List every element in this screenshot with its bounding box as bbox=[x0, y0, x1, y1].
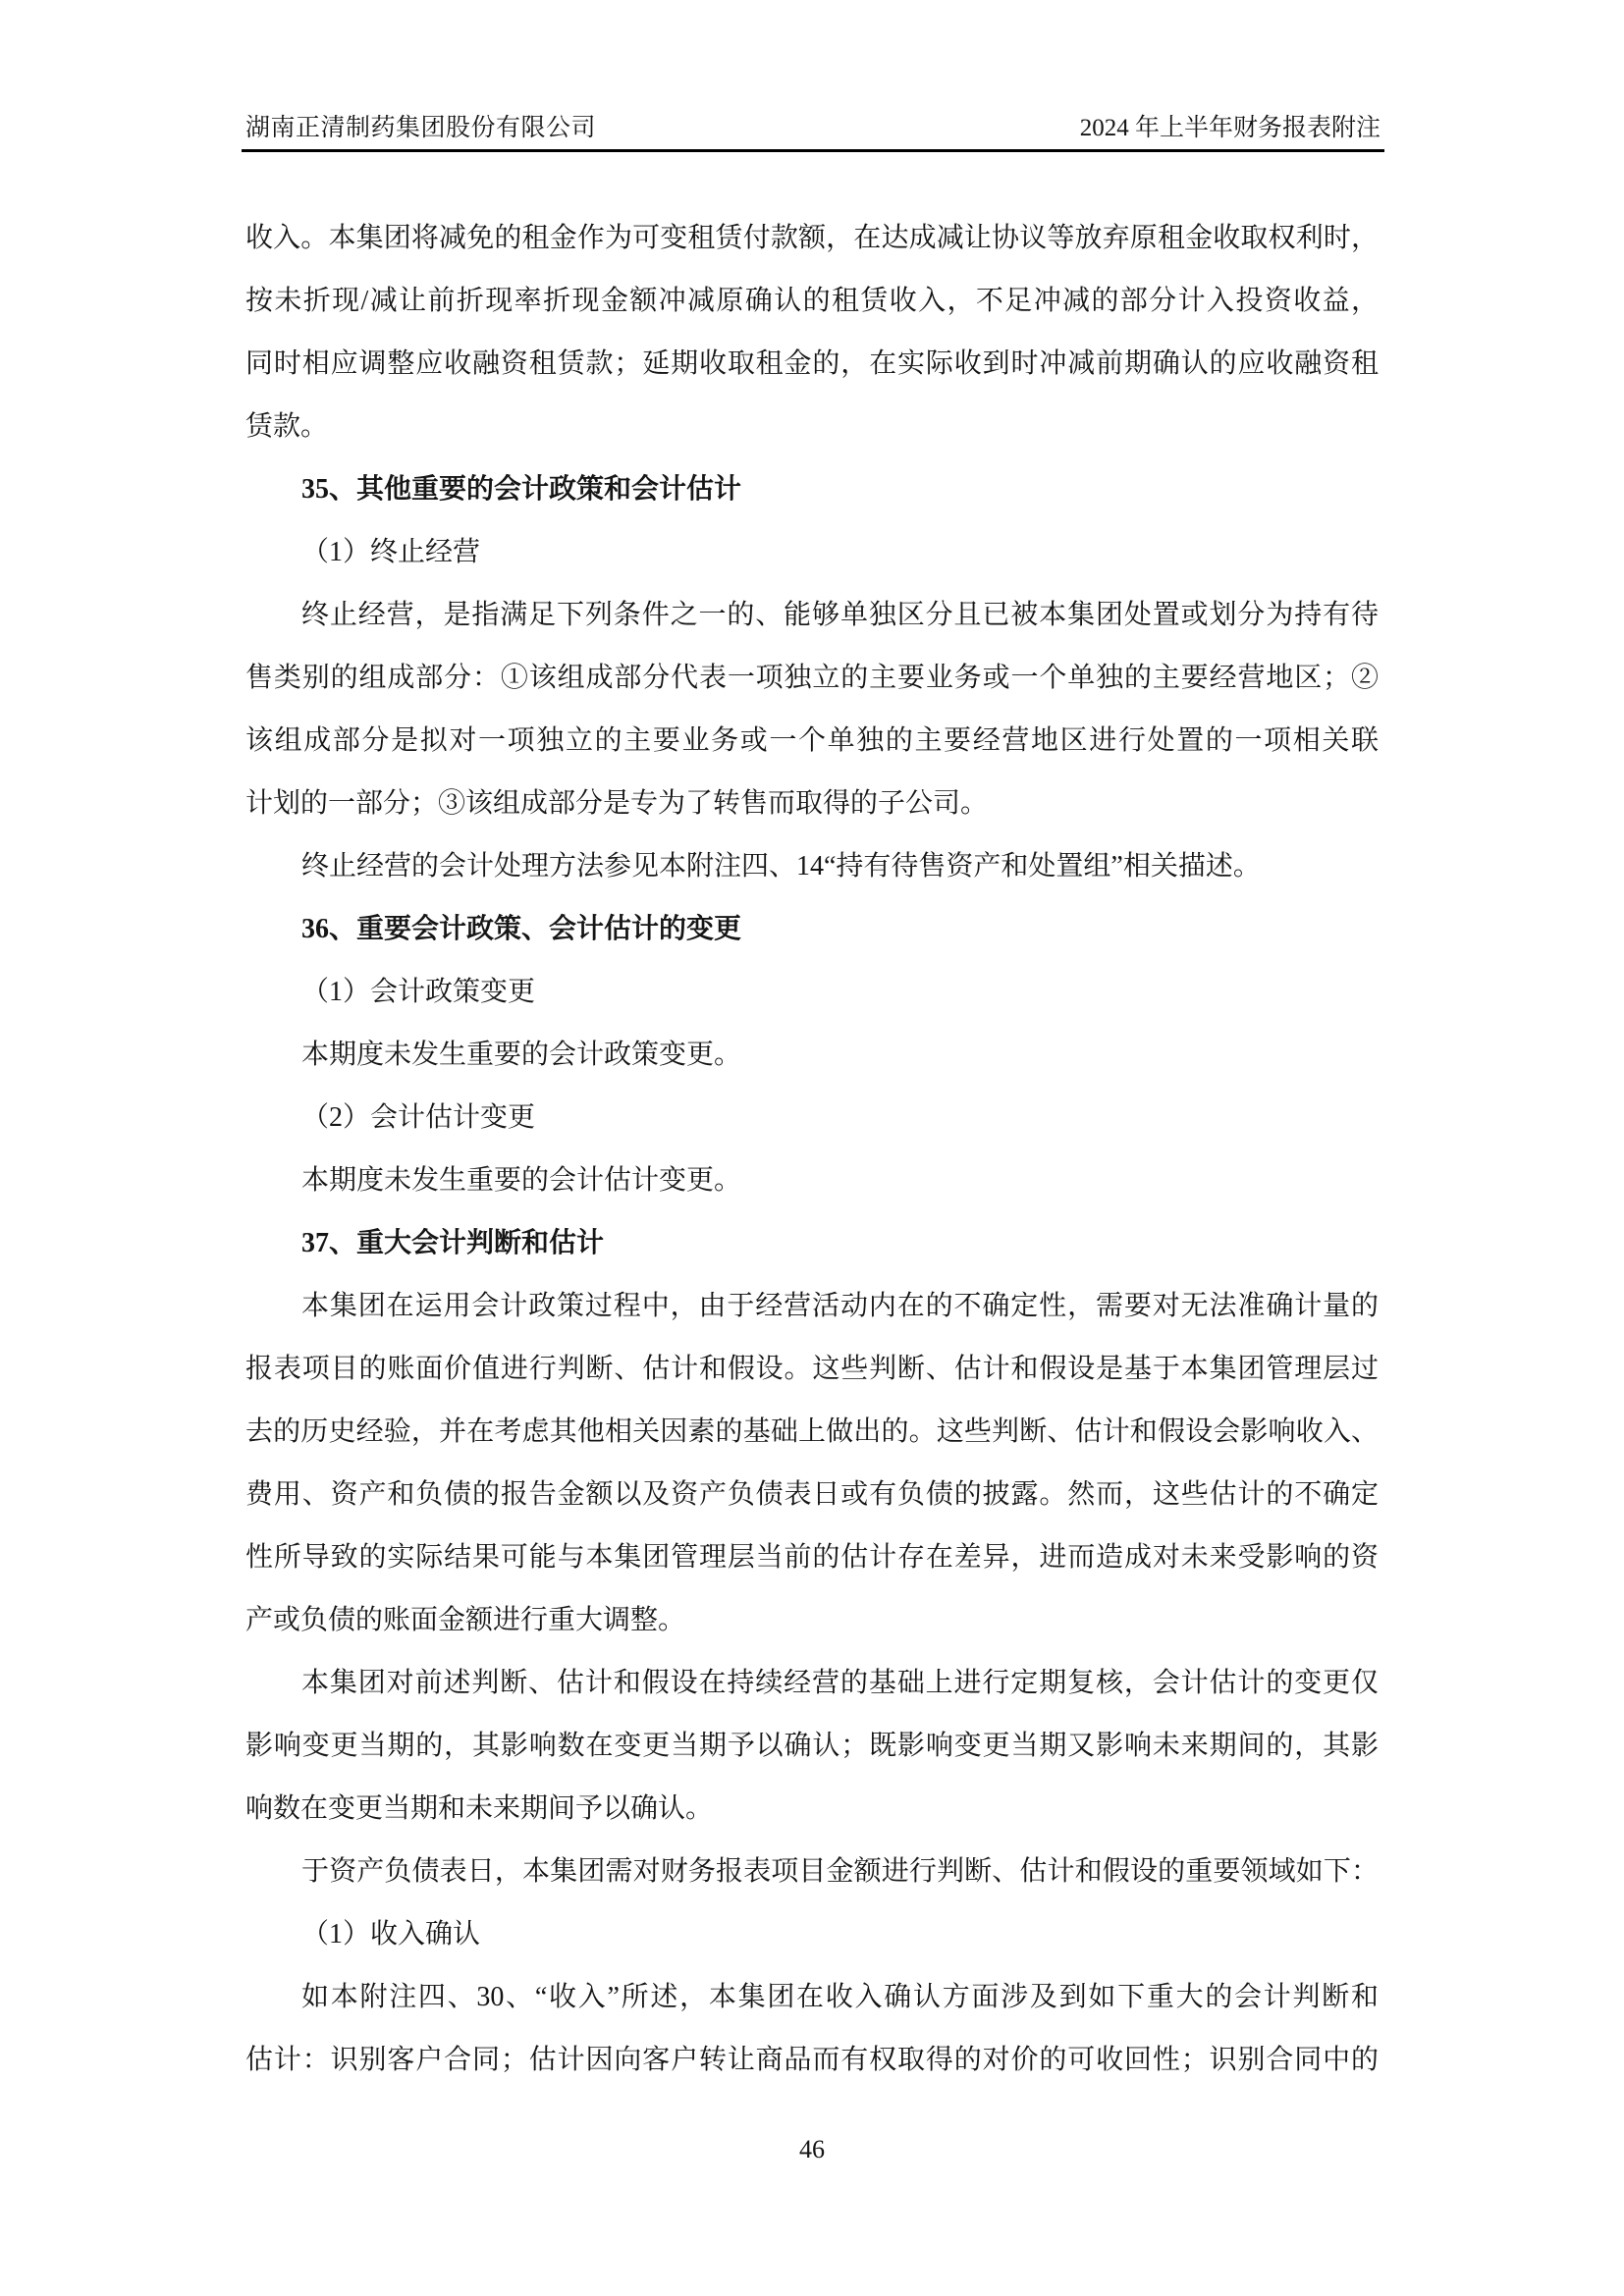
paragraph-discontinued-line-4: 计划的一部分；③该组成部分是专为了转售而取得的子公司。 bbox=[245, 773, 1379, 835]
subsection-discontinued-operations-label: （1）终止经营 bbox=[245, 521, 1379, 584]
document-body: 收入。本集团将减免的租金作为可变租赁付款额，在达成减让协议等放弃原租金收取权利时… bbox=[245, 207, 1379, 2092]
paragraph-revenue-line-2: 估计：识别客户合同；估计因向客户转让商品而有权取得的对价的可收回性；识别合同中的 bbox=[245, 2029, 1379, 2092]
page-number: 46 bbox=[0, 2122, 1624, 2177]
section-heading-35: 35、其他重要的会计政策和会计估计 bbox=[245, 458, 1379, 521]
paragraph-judgement-line-6: 产或负债的账面金额进行重大调整。 bbox=[245, 1589, 1379, 1652]
paragraph-judgement-line-1: 本集团在运用会计政策过程中，由于经营活动内在的不确定性，需要对无法准确计量的 bbox=[245, 1275, 1379, 1338]
paragraph-discontinued-reference: 终止经营的会计处理方法参见本附注四、14“持有待售资产和处置组”相关描述。 bbox=[245, 835, 1379, 898]
paragraph-discontinued-line-1: 终止经营，是指满足下列条件之一的、能够单独区分且已被本集团处置或划分为持有待 bbox=[245, 584, 1379, 647]
paragraph-review-line-3: 响数在变更当期和未来期间予以确认。 bbox=[245, 1778, 1379, 1841]
header-rule bbox=[242, 149, 1384, 152]
paragraph-judgement-line-3: 去的历史经验，并在考虑其他相关因素的基础上做出的。这些判断、估计和假设会影响收入… bbox=[245, 1401, 1379, 1464]
header-company-name: 湖南正清制药集团股份有限公司 bbox=[245, 110, 596, 147]
section-heading-37: 37、重大会计判断和估计 bbox=[245, 1212, 1379, 1275]
paragraph-balance-sheet-date: 于资产负债表日，本集团需对财务报表项目金额进行判断、估计和假设的重要领域如下： bbox=[245, 1841, 1379, 1903]
paragraph-review-line-1: 本集团对前述判断、估计和假设在持续经营的基础上进行定期复核，会计估计的变更仅 bbox=[245, 1652, 1379, 1715]
paragraph-estimate-change: 本期度未发生重要的会计估计变更。 bbox=[245, 1149, 1379, 1212]
paragraph-discontinued-line-3: 该组成部分是拟对一项独立的主要业务或一个单独的主要经营地区进行处置的一项相关联 bbox=[245, 710, 1379, 773]
paragraph-judgement-line-5: 性所导致的实际结果可能与本集团管理层当前的估计存在差异，进而造成对未来受影响的资 bbox=[245, 1526, 1379, 1589]
paragraph-judgement-line-2: 报表项目的账面价值进行判断、估计和假设。这些判断、估计和假设是基于本集团管理层过 bbox=[245, 1338, 1379, 1401]
header-doc-title: 2024 年上半年财务报表附注 bbox=[1080, 110, 1380, 147]
paragraph-lease-income-line-1: 收入。本集团将减免的租金作为可变租赁付款额，在达成减让协议等放弃原租金收取权利时… bbox=[245, 207, 1379, 270]
subsection-estimate-change-label: （2）会计估计变更 bbox=[245, 1087, 1379, 1149]
paragraph-lease-income-line-2: 按未折现/减让前折现率折现金额冲减原确认的租赁收入，不足冲减的部分计入投资收益， bbox=[245, 270, 1379, 333]
paragraph-lease-income-line-4: 赁款。 bbox=[245, 396, 1379, 458]
paragraph-review-line-2: 影响变更当期的，其影响数在变更当期予以确认；既影响变更当期又影响未来期间的，其影 bbox=[245, 1715, 1379, 1778]
section-heading-36: 36、重要会计政策、会计估计的变更 bbox=[245, 898, 1379, 961]
paragraph-judgement-line-4: 费用、资产和负债的报告金额以及资产负债表日或有负债的披露。然而，这些估计的不确定 bbox=[245, 1464, 1379, 1526]
paragraph-discontinued-line-2: 售类别的组成部分：①该组成部分代表一项独立的主要业务或一个单独的主要经营地区；② bbox=[245, 647, 1379, 710]
paragraph-revenue-line-1: 如本附注四、30、“收入”所述，本集团在收入确认方面涉及到如下重大的会计判断和 bbox=[245, 1966, 1379, 2029]
document-page: 湖南正清制药集团股份有限公司 2024 年上半年财务报表附注 收入。本集团将减免… bbox=[0, 0, 1624, 2296]
subsection-revenue-recognition-label: （1）收入确认 bbox=[245, 1903, 1379, 1966]
paragraph-lease-income-line-3: 同时相应调整应收融资租赁款；延期收取租金的，在实际收到时冲减前期确认的应收融资租 bbox=[245, 333, 1379, 396]
paragraph-policy-change: 本期度未发生重要的会计政策变更。 bbox=[245, 1024, 1379, 1087]
subsection-policy-change-label: （1）会计政策变更 bbox=[245, 961, 1379, 1024]
